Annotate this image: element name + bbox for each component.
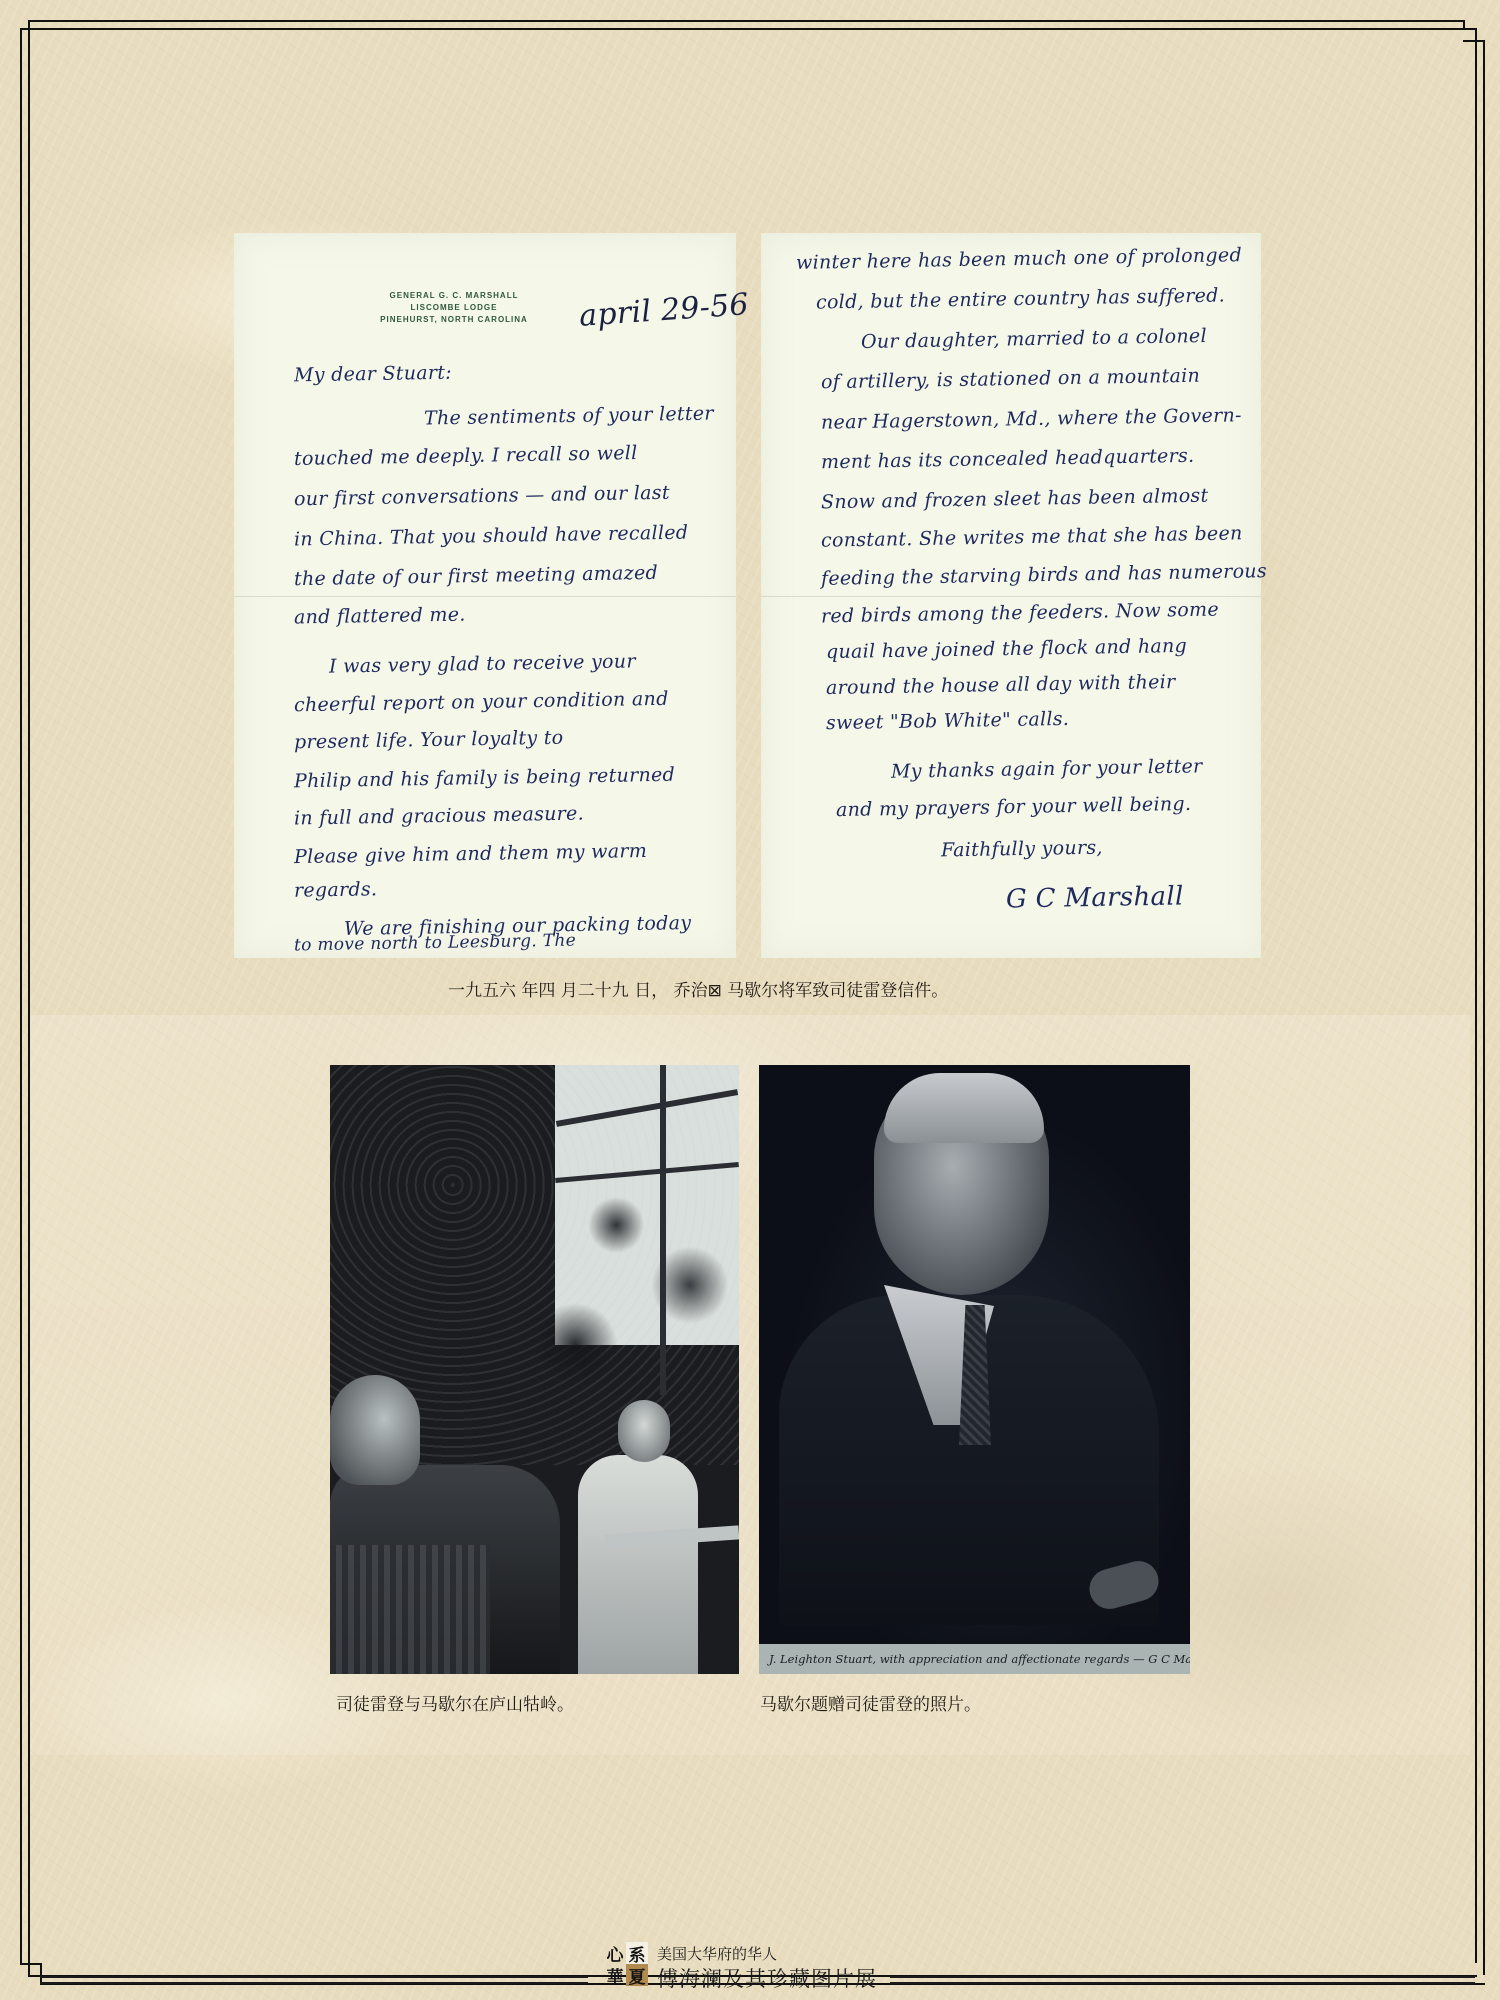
letter-line: and flattered me.: [294, 604, 466, 629]
letter-line: regards.: [294, 878, 378, 901]
letter-line: the date of our first meeting amazed: [294, 562, 658, 590]
photo-right-caption: 马歇尔题赠司徒雷登的照片。: [760, 1690, 981, 1715]
logo-char: 夏: [626, 1964, 648, 1986]
logo-char: 系: [626, 1942, 648, 1964]
letter-line: cold, but the entire country has suffere…: [816, 284, 1225, 313]
letter-line: cheerful report on your condition and: [294, 688, 669, 717]
logo-char: 心: [604, 1942, 626, 1964]
inscription-strip: J. Leighton Stuart, with appreciation an…: [759, 1644, 1190, 1674]
logo-char: 華: [604, 1964, 626, 1986]
letter-line: Philip and his family is being returned: [294, 764, 675, 793]
letter-page-1: GENERAL G. C. MARSHALL LISCOMBE LODGE PI…: [234, 233, 736, 958]
letter-line: Our daughter, married to a colonel: [861, 325, 1207, 353]
letter-line: near Hagerstown, Md., where the Govern-: [821, 404, 1242, 433]
letter-line: Snow and frozen sleet has been almost: [821, 485, 1209, 514]
exhibition-logo: 心 系 華 夏: [604, 1942, 648, 1986]
photo-marshall-portrait: J. Leighton Stuart, with appreciation an…: [759, 1065, 1190, 1674]
letter-line: constant. She writes me that she has bee…: [821, 522, 1243, 551]
photo-left-caption: 司徒雷登与马歇尔在庐山牯岭。: [336, 1690, 574, 1715]
letter-line: quail have joined the flock and hang: [826, 635, 1187, 663]
letter-line: sweet "Bob White" calls.: [826, 708, 1069, 734]
letter-line: Please give him and them my warm: [294, 840, 647, 868]
letterhead: GENERAL G. C. MARSHALL LISCOMBE LODGE PI…: [354, 290, 554, 326]
background-band: [30, 1015, 1470, 1755]
letter-line: to move north to Leesburg. The: [294, 931, 576, 956]
salutation: My dear Stuart:: [294, 362, 452, 387]
letter-line: touched me deeply. I recall so well: [294, 442, 638, 470]
photo-lushan-guling: [330, 1065, 739, 1674]
letter-line: feeding the starving birds and has numer…: [821, 560, 1267, 590]
letter-line: I was very glad to receive your: [329, 650, 636, 677]
letter-line: present life. Your loyalty to: [294, 727, 564, 754]
letter-date: april 29-56: [578, 287, 750, 334]
closing: Faithfully yours,: [941, 837, 1103, 862]
letter-line: ment has its concealed headquarters.: [821, 445, 1195, 474]
letter-page-2: winter here has been much one of prolong…: [761, 233, 1261, 958]
signature: G C Marshall: [1006, 881, 1184, 914]
letter-line: our first conversations — and our last: [294, 482, 670, 511]
letter-line: My thanks again for your letter: [891, 755, 1203, 782]
letter-caption: 一九五六 年四 月二十九 日， 乔治⊠ 马歇尔将军致司徒雷登信件。: [448, 976, 948, 1001]
letter-line: in full and gracious measure.: [294, 802, 584, 829]
letter-line: red birds among the feeders. Now some: [821, 599, 1219, 628]
exhibition-title: 傅海澜及其珍藏图片展: [657, 1963, 877, 1993]
letter-line: of artillery, is stationed on a mountain: [821, 365, 1200, 394]
exhibition-footer: 心 系 華 夏 美国大华府的华人 傅海澜及其珍藏图片展: [0, 1938, 1500, 1994]
photo-inscription: J. Leighton Stuart, with appreciation an…: [769, 1652, 1190, 1666]
letter-line: around the house all day with their: [826, 671, 1176, 699]
exhibition-subtitle: 美国大华府的华人: [657, 1943, 777, 1964]
letter-line: The sentiments of your letter: [424, 402, 714, 429]
letter-line: and my prayers for your well being.: [836, 793, 1192, 821]
letterhead-name: GENERAL G. C. MARSHALL: [354, 290, 554, 302]
letter-line: winter here has been much one of prolong…: [796, 244, 1242, 274]
letterhead-location: PINEHURST, NORTH CAROLINA: [354, 314, 554, 326]
letterhead-lodge: LISCOMBE LODGE: [354, 302, 554, 314]
letter-line: in China. That you should have recalled: [294, 522, 689, 551]
